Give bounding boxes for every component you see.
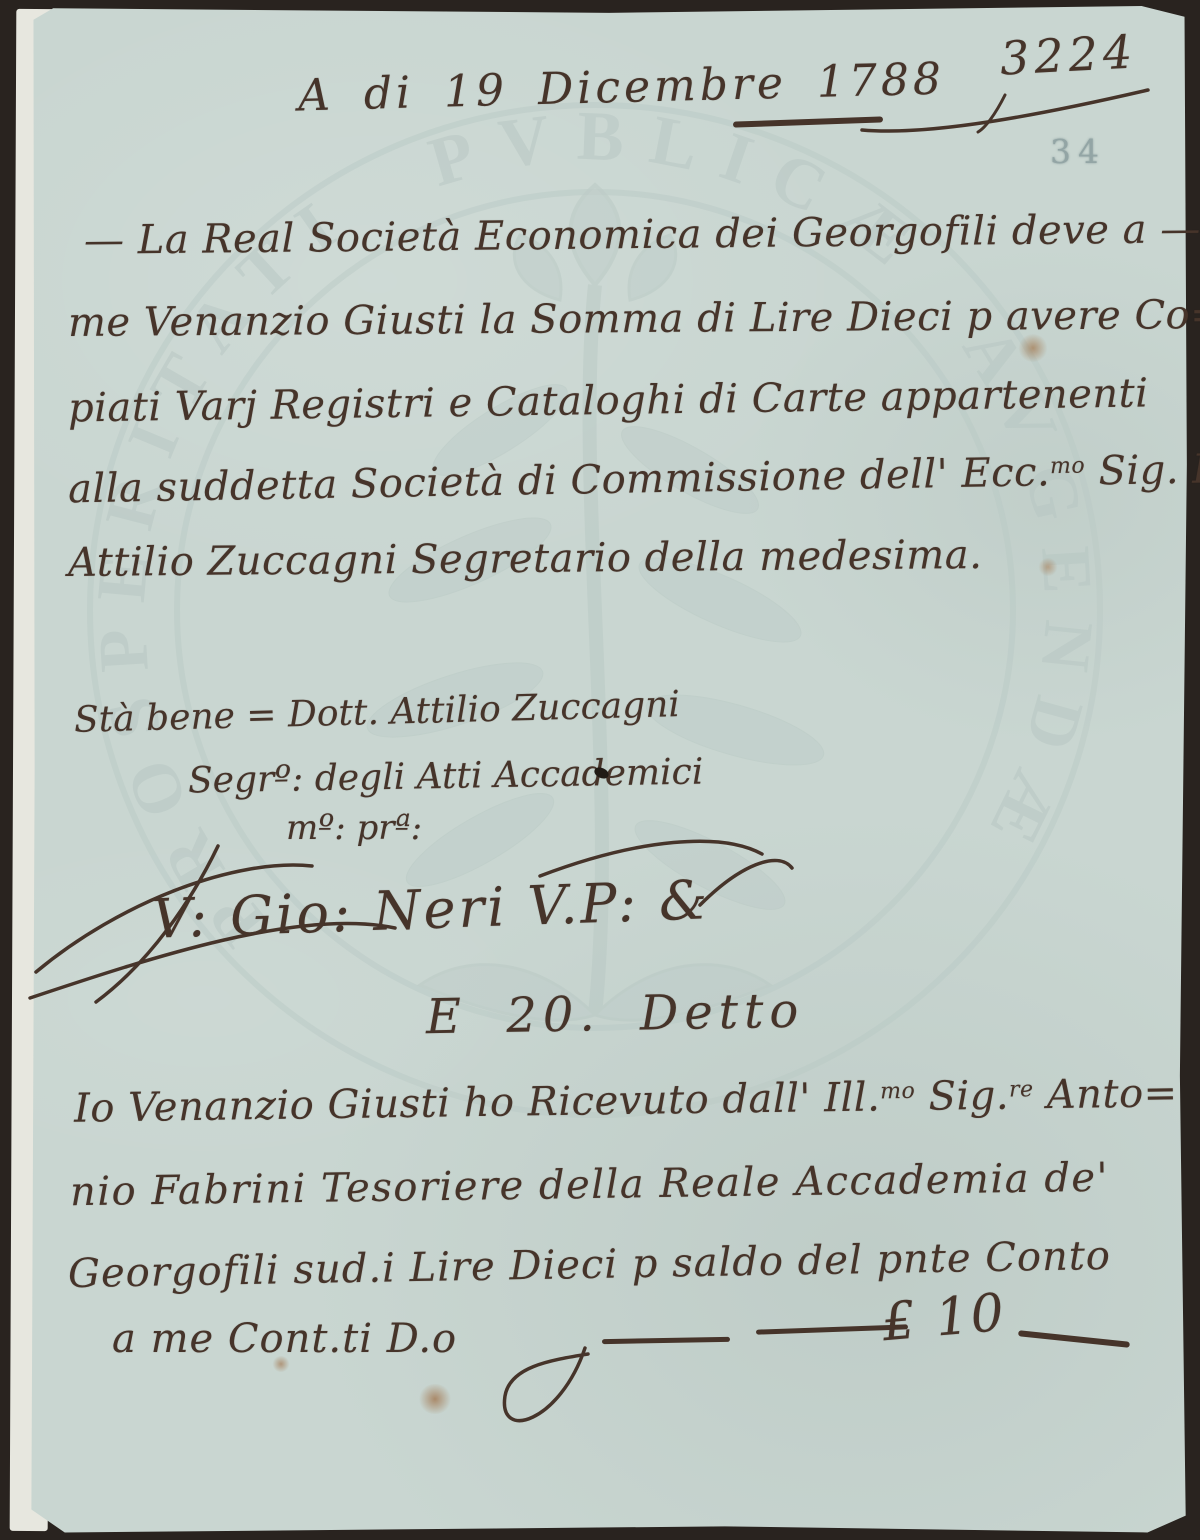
payment-line-1-text-c: Anto= xyxy=(1033,1070,1178,1118)
signature-flourish xyxy=(0,0,1200,1540)
payment-heading: E 20. Detto xyxy=(426,983,805,1046)
payment-amount: £ 10 xyxy=(880,1283,1009,1354)
payment-line-4: a me Cont.ti D.o xyxy=(112,1316,457,1362)
photo-backdrop: { "document_type": "manuscript-receipt-1… xyxy=(0,0,1200,1540)
superscript-mo: mo xyxy=(880,1079,915,1104)
superscript-re: re xyxy=(1009,1077,1034,1102)
photo-stage: PROSPERITATI PVBLICÆ AVGENDÆ A di 19 Dic… xyxy=(0,0,1200,1540)
payment-line-1-text-b: Sig. xyxy=(915,1073,1009,1120)
